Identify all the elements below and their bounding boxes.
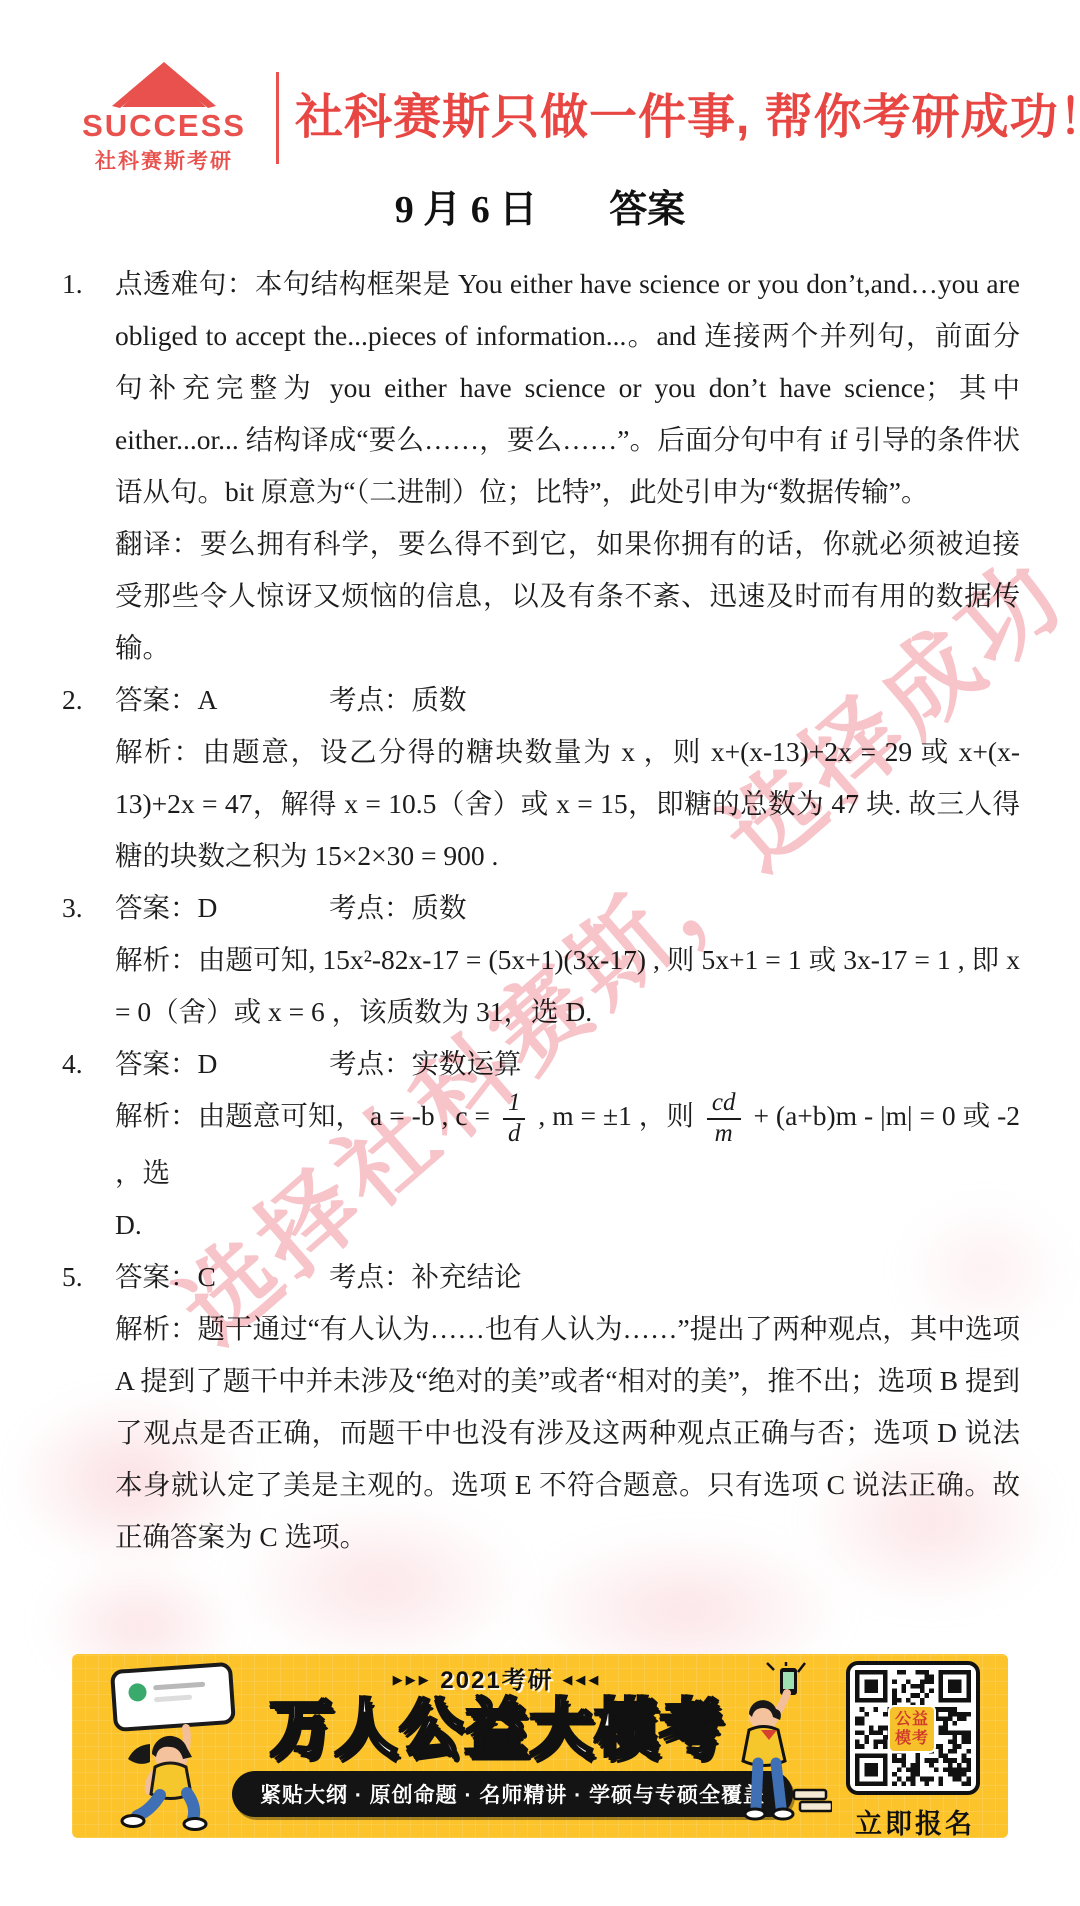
item5-point: 考点：补充结论 — [329, 1251, 522, 1303]
item3-point: 考点：质数 — [329, 882, 467, 934]
qr-label-line1: 公益 — [895, 1710, 929, 1729]
logo-sub-text: 社科赛斯考研 — [58, 145, 270, 175]
item4-answer: 答案：D — [115, 1038, 329, 1090]
success-logo: SUCCESS 社科赛斯考研 — [58, 62, 270, 175]
arrows-right-icon: ▶▶▶ — [393, 1672, 432, 1687]
item5-analysis: 解析：题干通过“有人认为……也有人认为……”提出了两种观点，其中选项 A 提到了… — [115, 1303, 1020, 1563]
item1-translation: 翻译：要么拥有科学，要么得不到它，如果你拥有的话，你就必须被迫接受那些令人惊讶又… — [115, 518, 1020, 674]
title-label: 答案 — [609, 178, 685, 233]
item1-analysis: 点透难句：本句结构框架是 You either have science or … — [115, 258, 1020, 518]
item3-analysis: 解析：由题可知, 15x²-82x-17 = (5x+1)(3x-17) , 则… — [115, 934, 1020, 1038]
answers-content: 1. 点透难句：本句结构框架是 You either have science … — [62, 258, 1020, 1563]
promo-banner[interactable]: ▶▶▶ 2021考研 ◀◀◀ 万人公益大模考 紧贴大纲 · 原创命题 · 名师精… — [72, 1654, 1008, 1838]
item4-analysis: 解析：由题意可知， a = -b , c = 1d , m = ±1 ，则 cd… — [115, 1090, 1020, 1199]
item-number: 5. — [62, 1251, 115, 1303]
answer-sheet-page: 选择社科赛斯，选择成功 SUCCESS 社科赛斯考研 社科赛斯只做一件事, 帮你… — [0, 0, 1080, 1906]
arrows-left-icon: ◀◀◀ — [562, 1672, 601, 1687]
qr-area: 公益 模考 立即报名 — [846, 1661, 984, 1838]
answer-item-2: 2. 答案：A 考点：质数 解析：由题意，设乙分得的糖块数量为 x ，则 x+(… — [62, 674, 1020, 882]
header: SUCCESS 社科赛斯考研 社科赛斯只做一件事, 帮你考研成功！ — [58, 62, 1022, 175]
answer-item-1: 1. 点透难句：本句结构框架是 You either have science … — [62, 258, 1020, 674]
answer-item-5: 5. 答案：C 考点：补充结论 解析：题干通过“有人认为……也有人认为……”提出… — [62, 1251, 1020, 1563]
item3-answer: 答案：D — [115, 882, 329, 934]
item4-analysis-mid: , m = ±1 ，则 — [538, 1100, 694, 1131]
item2-analysis: 解析：由题意，设乙分得的糖块数量为 x ，则 x+(x-13)+2x = 29 … — [115, 726, 1020, 882]
item4-point: 考点：实数运算 — [329, 1038, 522, 1090]
item-number: 3. — [62, 882, 115, 934]
header-divider — [276, 72, 279, 164]
qr-code[interactable]: 公益 模考 — [846, 1661, 980, 1795]
item2-answer: 答案：A — [115, 674, 329, 726]
answer-item-4: 4. 答案：D 考点：实数运算 解析：由题意可知， a = -b , c = 1… — [62, 1038, 1020, 1251]
student-with-phone-illustration — [736, 1662, 832, 1830]
answer-item-3: 3. 答案：D 考点：质数 解析：由题可知, 15x²-82x-17 = (5x… — [62, 882, 1020, 1038]
roof-triangle-icon — [112, 62, 216, 108]
qr-center-label: 公益 模考 — [888, 1705, 936, 1753]
fraction-cd-over-m: cdm — [707, 1090, 741, 1147]
title-date: 9 月 6 日 — [395, 178, 538, 233]
fraction-1-over-d: 1d — [503, 1090, 526, 1147]
register-now-button[interactable]: 立即报名 — [846, 1802, 984, 1838]
item4-analysis-prefix: 解析：由题意可知， a = -b , c = — [115, 1100, 490, 1131]
logo-brand-text: SUCCESS — [58, 110, 270, 143]
item2-point: 考点：质数 — [329, 674, 467, 726]
item-number: 4. — [62, 1038, 115, 1090]
page-title: 9 月 6 日 答案 — [0, 178, 1080, 233]
item-number: 2. — [62, 674, 115, 726]
banner-tag: ▶▶▶ 2021考研 ◀◀◀ — [232, 1660, 762, 1695]
item4-analysis-end: D. — [115, 1199, 1020, 1251]
item5-answer: 答案：C — [115, 1251, 329, 1303]
banner-title: 万人公益大模考 — [232, 1696, 762, 1762]
banner-features-pill: 紧贴大纲 · 原创命题 · 名师精讲 · 学硕与专硕全覆盖 — [232, 1771, 793, 1817]
qr-label-line2: 模考 — [895, 1729, 929, 1748]
header-slogan: 社科赛斯只做一件事, 帮你考研成功！ — [295, 92, 1080, 145]
banner-center: ▶▶▶ 2021考研 ◀◀◀ 万人公益大模考 紧贴大纲 · 原创命题 · 名师精… — [232, 1660, 762, 1817]
banner-tag-text: 2021考研 — [440, 1667, 553, 1694]
item-number: 1. — [62, 258, 115, 310]
